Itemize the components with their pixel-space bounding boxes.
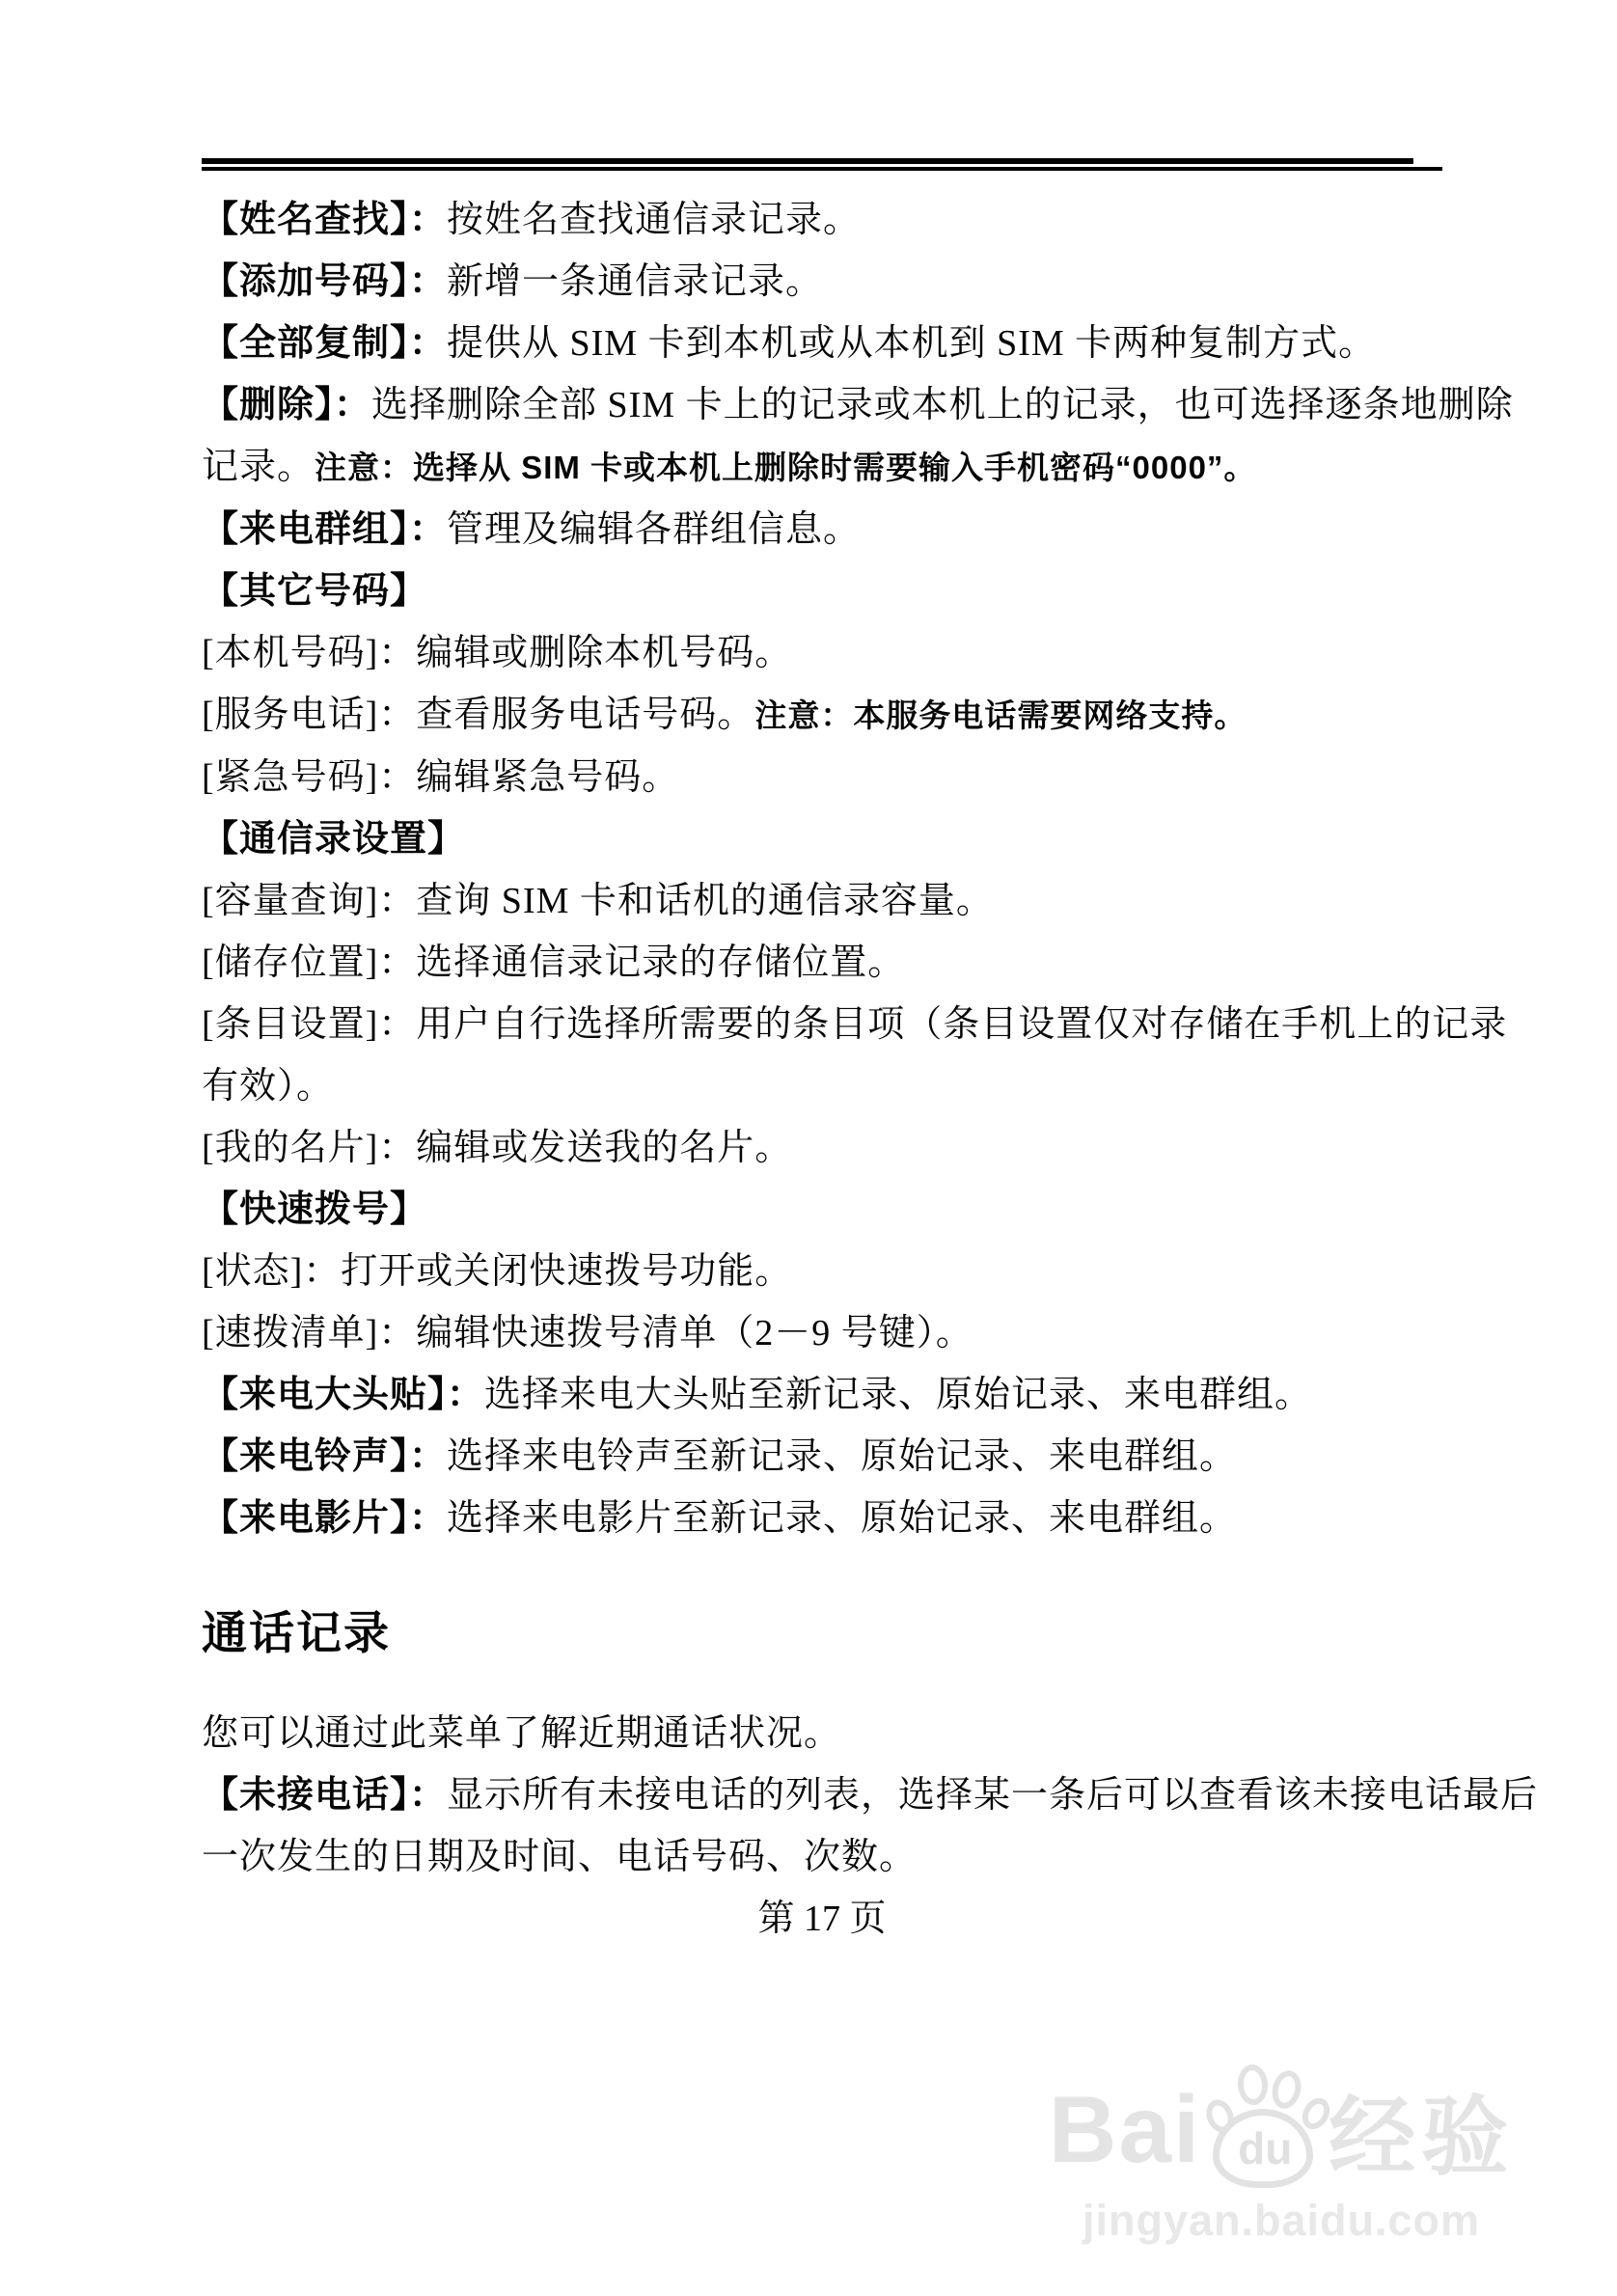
manual-line: [服务电话]：查看服务电话号码。注意：本服务电话需要网络支持。 [202,684,1442,747]
text-segment-body: [条目设置]：用户自行选择所需要的条目项（条目设置仅对存储在手机上的记录 [202,1004,1507,1045]
manual-line: [容量查询]：查询 SIM 卡和话机的通信录容量。 [202,870,1442,932]
manual-line: 【来电群组】：管理及编辑各群组信息。 [202,499,1442,560]
manual-line: [状态]：打开或关闭快速拨号功能。 [202,1241,1442,1302]
header-rule-bottom-line [202,167,1442,171]
manual-line: 【来电大头贴】：选择来电大头贴至新记录、原始记录、来电群组。 [202,1364,1442,1426]
manual-line: 【全部复制】：提供从 SIM 卡到本机或从本机到 SIM 卡两种复制方式。 [202,313,1442,374]
text-segment-label: 【来电群组】： [202,509,447,550]
header-double-rule [202,158,1442,171]
header-rule-top-line [202,158,1413,164]
manual-line: [储存位置]：选择通信录记录的存储位置。 [202,932,1442,994]
text-segment-body: 按姓名查找通信录记录。 [447,200,861,240]
manual-line: 【添加号码】：新增一条通信录记录。 [202,251,1442,313]
text-segment-body: [储存位置]：选择通信录记录的存储位置。 [202,943,905,983]
manual-line: [本机号码]：编辑或删除本机号码。 [202,622,1442,684]
text-segment-label: 【删除】： [202,385,371,425]
text-segment-label: 【通信录设置】 [202,819,465,860]
text-segment-label: 【添加号码】： [202,261,447,302]
paw-toe-icon [1269,2067,1305,2112]
manual-line: 【其它号码】 [202,560,1442,622]
text-segment-heading: 通话记录 [202,1609,391,1659]
manual-line: 【删除】：选择删除全部 SIM 卡上的记录或本机上的记录，也可选择逐条地删除 [202,374,1442,436]
text-segment-body: [状态]：打开或关闭快速拨号功能。 [202,1251,792,1292]
watermark-site-url: jingyan.baidu.com [1021,2196,1542,2246]
text-segment-label: 【来电铃声】： [202,1436,447,1477]
manual-line: 您可以通过此菜单了解近期通话状况。 [202,1703,1442,1764]
document-body: 【姓名查找】：按姓名查找通信录记录。【添加号码】：新增一条通信录记录。【全部复制… [202,189,1442,1888]
text-segment-body: 一次发生的日期及时间、电话号码、次数。 [202,1837,917,1877]
text-segment-body: [容量查询]：查询 SIM 卡和话机的通信录容量。 [202,881,994,921]
text-segment-body: 显示所有未接电话的列表，选择某一条后可以查看该未接电话最后 [447,1775,1538,1816]
text-segment-body: [服务电话]：查看服务电话号码。 [202,695,754,735]
baidu-jingyan-watermark: Bai du 经验 jingyan.baidu.com [1021,2066,1542,2246]
text-segment-body: [紧急号码]：编辑紧急号码。 [202,757,679,798]
document-page: 【姓名查找】：按姓名查找通信录记录。【添加号码】：新增一条通信录记录。【全部复制… [0,158,1617,1950]
text-segment-label: 【未接电话】： [202,1775,447,1816]
text-segment-body: [本机号码]：编辑或删除本机号码。 [202,633,792,673]
watermark-du-text: du [1238,2122,1292,2174]
manual-line: [我的名片]：编辑或发送我的名片。 [202,1117,1442,1179]
text-segment-body: [速拨清单]：编辑快速拨号清单（2－9 号键）。 [202,1313,973,1353]
text-segment-body: 您可以通过此菜单了解近期通话状况。 [202,1713,841,1754]
text-segment-body: 管理及编辑各群组信息。 [447,509,861,550]
paw-toe-icon [1237,2064,1270,2106]
text-segment-body: 选择来电铃声至新记录、原始记录、来电群组。 [447,1436,1237,1477]
manual-line: 【姓名查找】：按姓名查找通信录记录。 [202,189,1442,251]
manual-line: [条目设置]：用户自行选择所需要的条目项（条目设置仅对存储在手机上的记录 [202,994,1442,1055]
text-segment-body: [我的名片]：编辑或发送我的名片。 [202,1128,792,1168]
manual-line: 【快速拨号】 [202,1179,1442,1241]
manual-line: [速拨清单]：编辑快速拨号清单（2－9 号键）。 [202,1302,1442,1364]
text-segment-label: 【姓名查找】： [202,200,447,240]
manual-line: 一次发生的日期及时间、电话号码、次数。 [202,1826,1442,1888]
text-segment-body: 新增一条通信录记录。 [447,261,823,302]
text-segment-body: 选择来电影片至新记录、原始记录、来电群组。 [447,1498,1237,1539]
text-segment-body: 有效）。 [202,1066,334,1107]
text-segment-body: 选择来电大头贴至新记录、原始记录、来电群组。 [484,1375,1312,1415]
page-number: 第 17 页 [202,1888,1442,1950]
manual-line: 记录。注意：选择从 SIM 卡或本机上删除时需要输入手机密码“0000”。 [202,436,1442,499]
text-segment-note: 注意：选择从 SIM 卡或本机上删除时需要输入手机密码“0000”。 [315,450,1256,485]
text-segment-label: 【其它号码】 [202,571,427,612]
manual-line: 【来电铃声】：选择来电铃声至新记录、原始记录、来电群组。 [202,1426,1442,1488]
text-segment-body: 提供从 SIM 卡到本机或从本机到 SIM 卡两种复制方式。 [447,323,1376,364]
watermark-logo-row: Bai du 经验 [1021,2066,1542,2192]
text-segment-body: 记录。 [202,447,315,487]
text-segment-body: 选择删除全部 SIM 卡上的记录或本机上的记录，也可选择逐条地删除 [371,385,1514,425]
manual-line: 有效）。 [202,1055,1442,1117]
text-segment-label: 【来电大头贴】： [202,1375,484,1415]
text-segment-label: 【快速拨号】 [202,1189,427,1230]
text-segment-label: 【来电影片】： [202,1498,447,1539]
manual-line: 【通信录设置】 [202,808,1442,870]
manual-line: 【来电影片】：选择来电影片至新记录、原始记录、来电群组。 [202,1488,1442,1549]
text-segment-note: 注意：本服务电话需要网络支持。 [754,697,1247,733]
section-heading: 通话记录 [202,1599,1442,1669]
watermark-bai-text: Bai [1049,2075,1202,2184]
baidu-paw-icon: du [1209,2070,1321,2188]
watermark-jingyan-text: 经验 [1329,2066,1514,2192]
manual-line: [紧急号码]：编辑紧急号码。 [202,747,1442,808]
text-segment-label: 【全部复制】： [202,323,447,364]
manual-line: 【未接电话】：显示所有未接电话的列表，选择某一条后可以查看该未接电话最后 [202,1764,1442,1826]
